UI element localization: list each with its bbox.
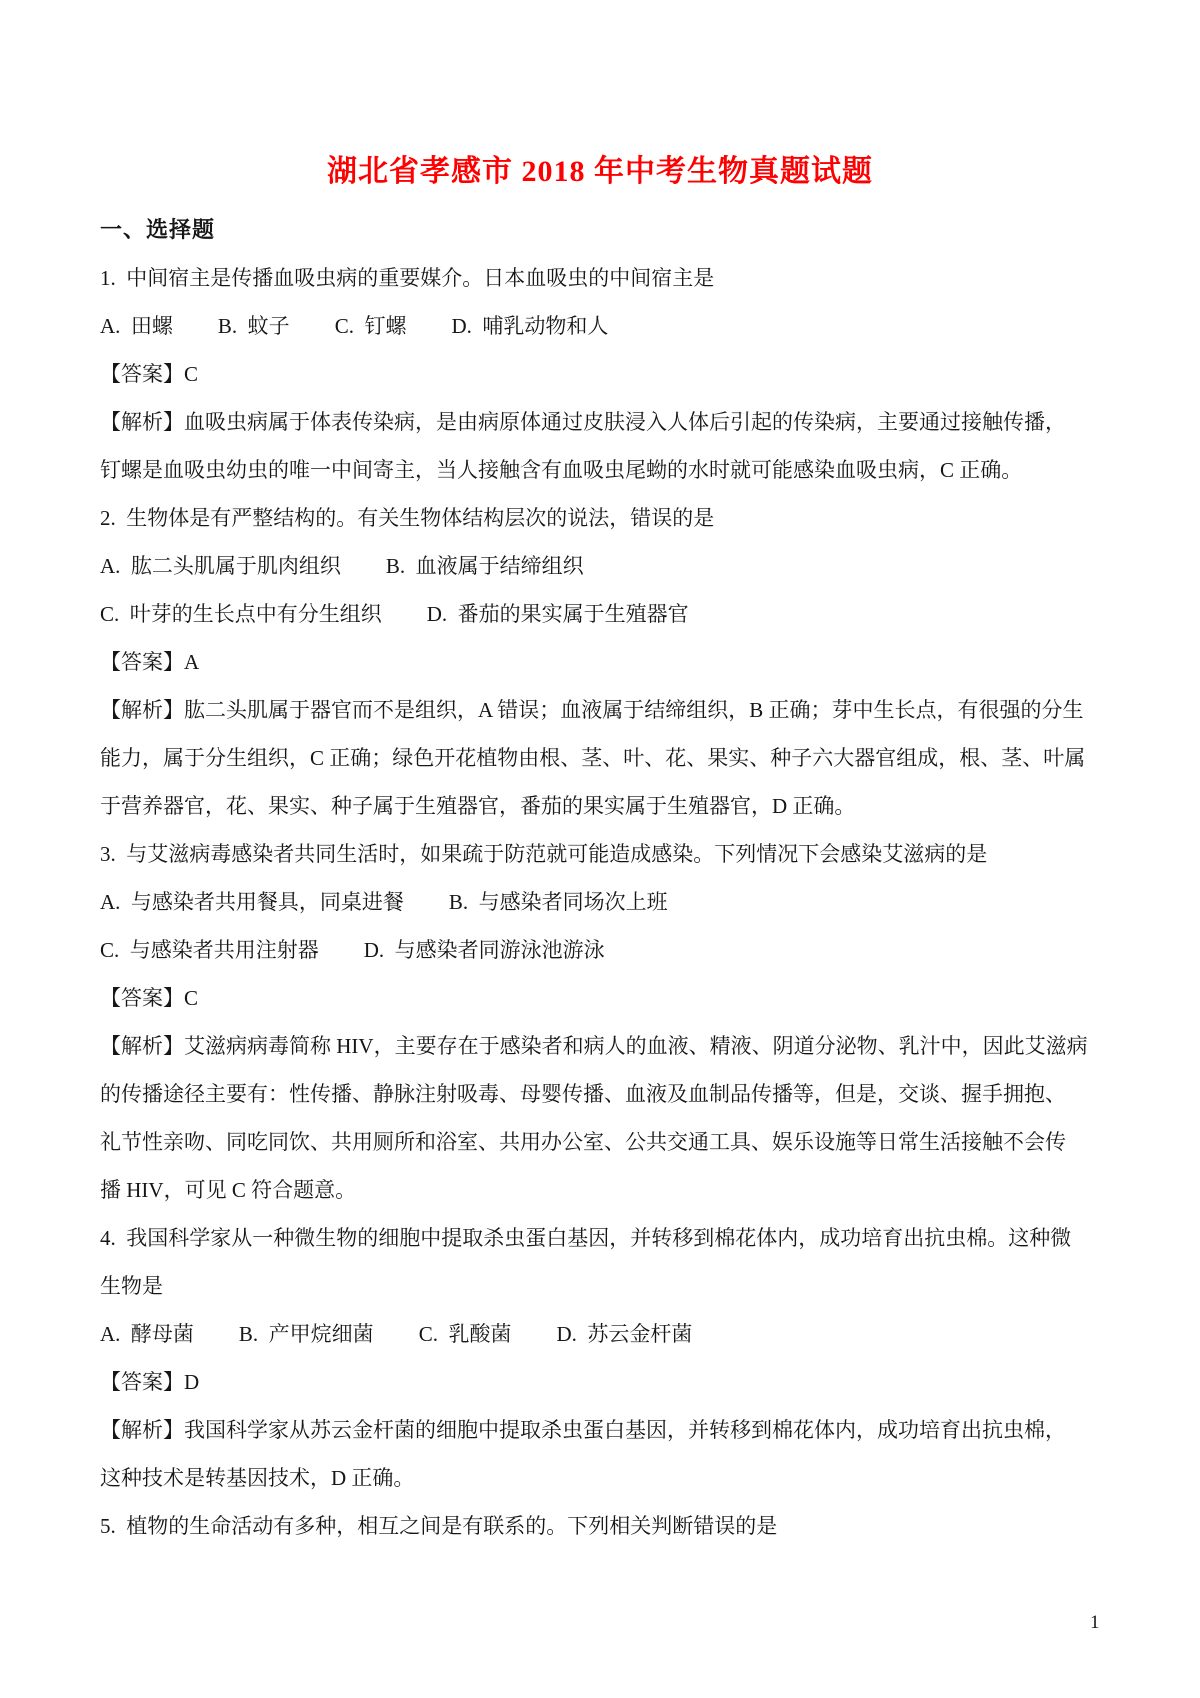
question-3-options-row-1: A. 与感染者共用餐具，同桌进餐B. 与感染者同场次上班 [100, 878, 1110, 926]
question-4-options-option-D: D. 苏云金杆菌 [556, 1310, 692, 1358]
question-1-options-option-C: C. 钉螺 [335, 302, 407, 350]
question-1-answer: 【答案】C [100, 350, 1110, 398]
page-number: 1 [1090, 1612, 1100, 1634]
question-2-options-row-2-option-C: C. 叶芽的生长点中有分生组织 [100, 590, 382, 638]
question-4-analysis-line-2: 这种技术是转基因技术，D 正确。 [100, 1454, 1110, 1502]
question-2-options-row-2: C. 叶芽的生长点中有分生组织D. 番茄的果实属于生殖器官 [100, 590, 1110, 638]
question-3-analysis-line-3: 礼节性亲吻、同吃同饮、共用厕所和浴室、共用办公室、公共交通工具、娱乐设施等日常生… [100, 1118, 1110, 1166]
question-4-analysis-line-1: 【解析】我国科学家从苏云金杆菌的细胞中提取杀虫蛋白基因，并转移到棉花体内，成功培… [100, 1406, 1110, 1454]
question-2-analysis-line-3: 于营养器官，花、果实、种子属于生殖器官，番茄的果实属于生殖器官，D 正确。 [100, 782, 1110, 830]
question-2-options-row-2-option-D: D. 番茄的果实属于生殖器官 [427, 590, 689, 638]
question-2-analysis-line-2: 能力，属于分生组织，C 正确；绿色开花植物由根、茎、叶、花、果实、种子六大器官组… [100, 734, 1110, 782]
question-2-stem: 2. 生物体是有严整结构的。有关生物体结构层次的说法，错误的是 [100, 494, 1110, 542]
question-3-answer: 【答案】C [100, 974, 1110, 1022]
question-3-options-row-1-option-A: A. 与感染者共用餐具，同桌进餐 [100, 878, 404, 926]
question-3-analysis-line-1: 【解析】艾滋病病毒简称 HIV，主要存在于感染者和病人的血液、精液、阴道分泌物、… [100, 1022, 1110, 1070]
question-4-options-option-B: B. 产甲烷细菌 [239, 1310, 374, 1358]
question-2-answer: 【答案】A [100, 638, 1110, 686]
document-title: 湖北省孝感市 2018 年中考生物真题试题 [0, 153, 1200, 191]
section-heading: 一、选择题 [100, 206, 1110, 254]
question-1-options: A. 田螺B. 蚊子C. 钉螺D. 哺乳动物和人 [100, 302, 1110, 350]
question-1-options-option-B: B. 蚊子 [218, 302, 290, 350]
question-3-analysis-line-4: 播 HIV，可见 C 符合题意。 [100, 1166, 1110, 1214]
question-2-options-row-1: A. 肱二头肌属于肌肉组织B. 血液属于结缔组织 [100, 542, 1110, 590]
question-3-options-row-1-option-B: B. 与感染者同场次上班 [449, 878, 668, 926]
question-3-options-row-2-option-C: C. 与感染者共用注射器 [100, 926, 319, 974]
question-2-options-row-1-option-A: A. 肱二头肌属于肌肉组织 [100, 542, 341, 590]
question-3-options-row-2-option-D: D. 与感染者同游泳池游泳 [364, 926, 605, 974]
exam-document-page: 湖北省孝感市 2018 年中考生物真题试题 一、选择题1. 中间宿主是传播血吸虫… [0, 0, 1200, 1698]
question-3-stem: 3. 与艾滋病毒感染者共同生活时，如果疏于防范就可能造成感染。下列情况下会感染艾… [100, 830, 1110, 878]
question-4-answer: 【答案】D [100, 1358, 1110, 1406]
question-1-stem: 1. 中间宿主是传播血吸虫病的重要媒介。日本血吸虫的中间宿主是 [100, 254, 1110, 302]
question-1-options-option-A: A. 田螺 [100, 302, 173, 350]
question-2-analysis-line-1: 【解析】肱二头肌属于器官而不是组织，A 错误；血液属于结缔组织，B 正确；芽中生… [100, 686, 1110, 734]
question-4-options-option-C: C. 乳酸菌 [419, 1310, 512, 1358]
question-3-options-row-2: C. 与感染者共用注射器D. 与感染者同游泳池游泳 [100, 926, 1110, 974]
question-4-options: A. 酵母菌B. 产甲烷细菌C. 乳酸菌D. 苏云金杆菌 [100, 1310, 1110, 1358]
question-2-options-row-1-option-B: B. 血液属于结缔组织 [386, 542, 584, 590]
question-4-options-option-A: A. 酵母菌 [100, 1310, 194, 1358]
question-4-stem-line-2: 生物是 [100, 1262, 1110, 1310]
document-body: 一、选择题1. 中间宿主是传播血吸虫病的重要媒介。日本血吸虫的中间宿主是A. 田… [100, 206, 1110, 1550]
question-1-options-option-D: D. 哺乳动物和人 [451, 302, 608, 350]
question-3-analysis-line-2: 的传播途径主要有：性传播、静脉注射吸毒、母婴传播、血液及血制品传播等，但是，交谈… [100, 1070, 1110, 1118]
question-4-stem-line-1: 4. 我国科学家从一种微生物的细胞中提取杀虫蛋白基因，并转移到棉花体内，成功培育… [100, 1214, 1110, 1262]
question-5-stem: 5. 植物的生命活动有多种，相互之间是有联系的。下列相关判断错误的是 [100, 1502, 1110, 1550]
question-1-analysis-line-1: 【解析】血吸虫病属于体表传染病，是由病原体通过皮肤浸入人体后引起的传染病，主要通… [100, 398, 1110, 446]
question-1-analysis-line-2: 钉螺是血吸虫幼虫的唯一中间寄主，当人接触含有血吸虫尾蚴的水时就可能感染血吸虫病，… [100, 446, 1110, 494]
